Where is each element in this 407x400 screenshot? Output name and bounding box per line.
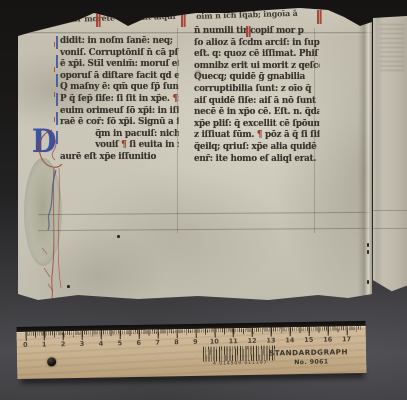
ruler-number: 8	[174, 338, 179, 346]
manuscript-page: mor morete aīb ſunt alqui oim n̄ ich ſq̃…	[18, 8, 372, 300]
ruler-brand: STANDARDGRAPH	[269, 347, 348, 357]
ruling-line-vertical	[314, 28, 315, 233]
ruler-hanging-hole	[47, 357, 56, 366]
manuscript-text-line: ē xp̃i. Stīl venim̃: moruſ eſt	[60, 59, 179, 71]
manuscript-text-line: oporuſ ā diſtare facit qd eſt	[60, 71, 179, 83]
ruler-number: 9	[193, 338, 198, 346]
ink-dot	[117, 235, 120, 238]
manuscript-text-line: ſo alioz ā ſcdm arciſ: in ſup	[194, 38, 319, 50]
ruler-number: 12	[248, 337, 257, 345]
ruler-cm-tick	[25, 332, 26, 341]
margin-smudge	[195, 70, 201, 77]
show-through-text	[380, 24, 404, 74]
manuscript-text-line: necē ē in xp̃o cē. Eſt. n. q̃dam	[194, 107, 319, 119]
ruler-number: 15	[304, 336, 313, 344]
manuscript-text-line: z iſſiuat ſūm. ¶ pōz ā q̃ ſi ſiſt	[194, 130, 319, 142]
ruler-cm-tick	[138, 330, 139, 339]
ruler-number: 3	[80, 340, 85, 348]
leaf-fold-edge	[358, 8, 372, 300]
ruler-cm-tick	[214, 329, 215, 338]
manuscript-text-line: omnibz erit ui morit z qeſce.	[194, 61, 319, 73]
ruler-cm-tick	[101, 331, 102, 340]
ruler-number: 14	[285, 336, 294, 344]
ruler-number: 11	[229, 337, 238, 345]
barcode-digits: 4 014509 011197	[199, 360, 281, 367]
ruler-cm-tick	[176, 329, 177, 338]
rubric-mark	[181, 13, 183, 27]
ruler-body: 01234567891011121314151617 4 014509 0111…	[17, 326, 367, 379]
parchment-stain	[24, 158, 62, 266]
ruler-cm-tick	[290, 327, 291, 336]
ruling-line-horizontal	[373, 228, 407, 229]
ruler-number: 4	[99, 339, 104, 347]
manuscript-text-line: enr̃: ite homo eſ aliql erat.	[194, 154, 319, 166]
rubric-mark	[96, 14, 98, 27]
wooden-ruler: 01234567891011121314151617 4 014509 0111…	[17, 321, 367, 381]
ruler-number: 7	[155, 339, 160, 347]
manuscript-text-line: Q̃ maſny ē: qm̃ que ſp̃ ſunt	[60, 82, 179, 94]
ruler-cm-tick	[82, 331, 83, 340]
manuscript-text-line: euim orimeuſ ſō xp̃i: in iſſu	[60, 106, 179, 118]
stitch-hole	[367, 280, 369, 284]
text-column-right: n̄ numili tir copiſ mor pſo alioz ā ſcdm…	[194, 26, 322, 165]
manuscript-text-line: xp̃e pliſ: q̃ excellit cē ſpōum.	[194, 119, 319, 131]
manuscript-text-line: eſt. q: quoz cē iſſimat. Phiſ	[194, 49, 319, 61]
ruling-line-horizontal	[38, 228, 370, 231]
ruler-cm-tick	[346, 326, 347, 335]
stitch-hole	[367, 250, 369, 254]
barcode	[203, 345, 277, 361]
ruler-model: No. 9061	[294, 359, 328, 368]
ruler-number: 6	[136, 339, 141, 347]
ruler-number: 17	[342, 335, 351, 343]
manuscript-text-line: voniſ. Corruptōniſ n̄ cā pſt	[60, 48, 179, 60]
stitch-hole	[367, 243, 369, 247]
ruler-number: 13	[266, 336, 275, 344]
manuscript-text-line: didit̃: in noſm ſanē: neq;	[60, 36, 179, 48]
manuscript-text-line: corruptibilia ſunt: z oīo q̃	[194, 84, 319, 96]
ruler-cm-tick	[271, 328, 272, 337]
adjacent-leaf-edge	[373, 16, 407, 294]
ruler-number: 16	[323, 335, 332, 343]
manuscript-text-line: aiſ quidē ſiſe: aiſ ā nō ſunt	[194, 96, 319, 108]
manuscript-text-line: n̄ numili tir copiſ mor p	[194, 26, 319, 38]
ruling-line-vertical	[177, 28, 178, 233]
manuscript-text-line: Quecq; quidē ḡ gnabilia	[194, 72, 319, 84]
ruler-cm-tick	[233, 328, 234, 337]
ruler-cm-tick	[252, 328, 253, 337]
ruler-cm-tick	[195, 329, 196, 338]
ruler-number: 5	[117, 339, 122, 347]
photograph: mor morete aīb ſunt alqui oim n̄ ich ſq̃…	[0, 0, 407, 400]
ruler-number: 1	[42, 340, 47, 348]
ruler-cm-tick	[120, 330, 121, 339]
rubric-mark	[246, 26, 248, 37]
ruler-cm-tick	[309, 327, 310, 336]
rubric-mark	[317, 10, 319, 24]
ruler-number: 0	[23, 341, 28, 349]
ruler-cm-tick	[157, 330, 158, 339]
ruler-cm-tick	[63, 331, 64, 340]
ruler-number: 10	[210, 337, 219, 345]
ruler-cm-tick	[44, 332, 45, 341]
manuscript-text-line: P q̃ ſep̃ ſiſe: ſi ſit in xp̃e. ¶ſeq;	[60, 94, 179, 106]
manuscript-text-line: q̃eilq; qriuſ: xp̃e alia quidē	[194, 142, 319, 154]
ruling-line-horizontal	[373, 210, 407, 211]
ruling-line-horizontal	[38, 212, 370, 215]
ruler-number: 2	[61, 340, 66, 348]
ink-dot	[67, 285, 70, 288]
ruler-cm-tick	[327, 327, 328, 336]
